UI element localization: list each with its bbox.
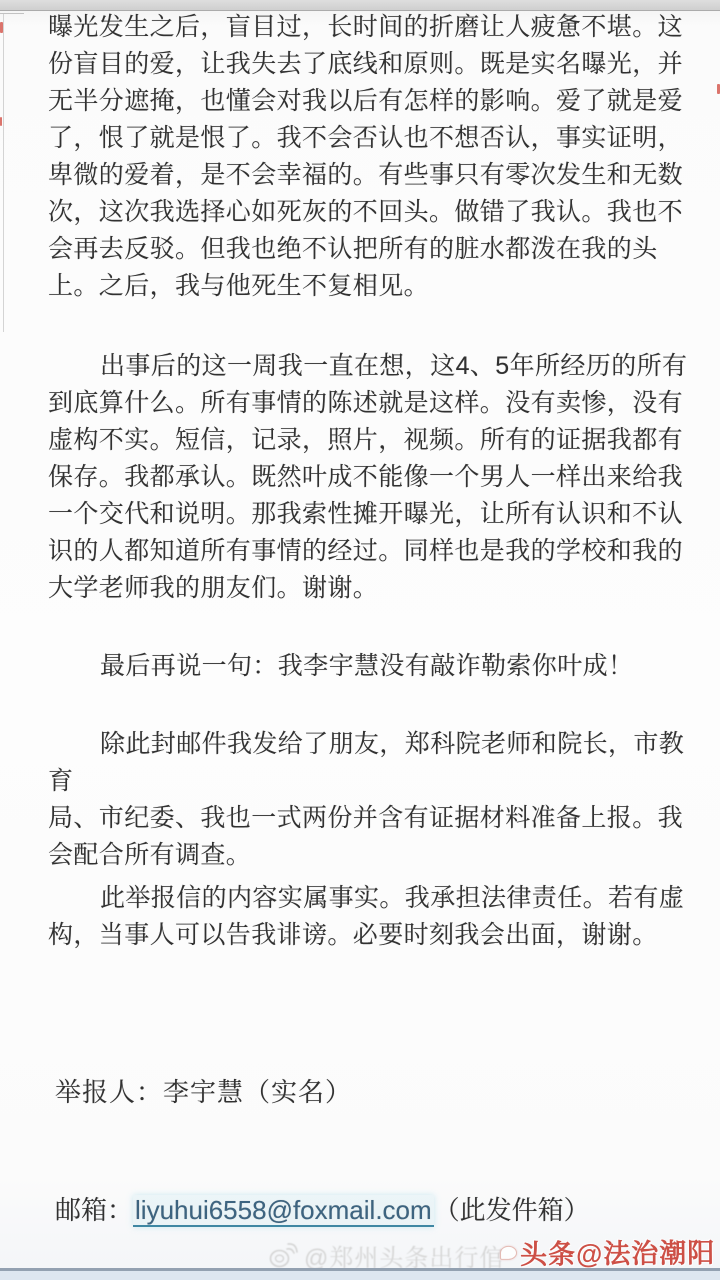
toutiao-watermark-text: 头条@法治潮阳	[520, 1231, 716, 1272]
photo-bottom-edge-strip	[0, 1271, 720, 1280]
report-paragraph-4-recipients: 除此封邮件我发给了朋友，郑科院老师和院长，市教育 局、市纪委、我也一式两份并含有…	[48, 726, 688, 874]
sender-email-line: 邮箱：liyuhui6558@foxmail.com（此发件箱）	[55, 1190, 590, 1227]
red-edge-mark	[0, 117, 2, 126]
email-label: 邮箱：	[55, 1195, 133, 1225]
email-link[interactable]: liyuhui6558@foxmail.com	[133, 1195, 434, 1227]
page-border-line-vertical	[3, 14, 4, 332]
speech-bubble-icon	[500, 1245, 517, 1259]
weibo-icon	[268, 1242, 298, 1269]
report-paragraph-1: 曝光发生之后，盲目过，长时间的折磨让人疲惫不堪。这 份盲目的爱，让我失去了底线和…	[48, 9, 688, 305]
report-paragraph-3-statement: 最后再说一句：我李宇慧没有敲诈勒索你叶成！	[48, 648, 688, 685]
email-suffix: （此发件箱）	[434, 1195, 590, 1225]
report-paragraph-5-legal: 此举报信的内容实属事实。我承担法律责任。若有虚 构，当事人可以告我诽谤。必要时刻…	[48, 880, 688, 954]
toutiao-watermark: 头条@法治潮阳	[500, 1231, 716, 1272]
reporter-signature: 举报人：李宇慧（实名）	[55, 1072, 352, 1109]
report-paragraph-2: 出事后的这一周我一直在想，这4、5年所经历的所有 到底算什么。所有事情的陈述就是…	[48, 348, 688, 607]
red-edge-mark	[0, 22, 3, 33]
